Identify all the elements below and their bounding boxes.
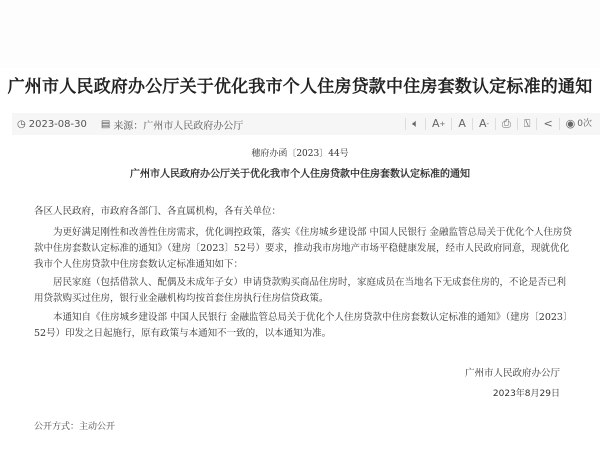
share-icon[interactable]: < bbox=[536, 118, 558, 130]
paragraph-3: 本通知自《住房城乡建设部 中国人民银行 金融监管总局关于优化个人住房贷款中住房套… bbox=[34, 310, 574, 342]
bookmark-icon[interactable]: ⍂ bbox=[517, 118, 537, 130]
clock-icon: ◷ bbox=[17, 119, 26, 130]
paragraph-2: 居民家庭（包括借款人、配偶及未成年子女）申请贷款购买商品住房时，家庭成员在当地名… bbox=[34, 275, 574, 307]
font-increase-icon[interactable]: A+ bbox=[425, 118, 451, 130]
salutation: 各区人民政府，市政府各部门、各直属机构，各有关单位： bbox=[34, 204, 574, 220]
document-icon: ▤ bbox=[101, 119, 110, 130]
source-label: 来源：广州市人民政府办公厅 bbox=[113, 117, 243, 132]
sign-date: 2023年8月29日 bbox=[493, 386, 560, 399]
font-default-icon[interactable]: A bbox=[451, 118, 472, 130]
page-title: 广州市人民政府办公厅关于优化我市个人住房贷款中住房套数认定标准的通知 bbox=[0, 72, 600, 97]
views-count: 0次 bbox=[577, 118, 592, 130]
font-decrease-icon[interactable]: A- bbox=[472, 118, 495, 130]
views-counter: ◉ 0次 bbox=[559, 118, 598, 130]
meta-toolbar: ◷ 2023-08-30 ▤ 来源：广州市人民政府办公厅 🔈︎ A+ A A- … bbox=[12, 113, 600, 135]
disclosure-method: 公开方式：主动公开 bbox=[34, 419, 115, 432]
publish-date: 2023-08-30 bbox=[29, 119, 87, 130]
paragraph-1: 为更好满足刚性和改善性住房需求，优化调控政策，落实《住房城乡建设部 中国人民银行… bbox=[34, 225, 574, 273]
signature: 广州市人民政府办公厅 bbox=[465, 365, 560, 379]
document-heading: 广州市人民政府办公厅关于优化我市个人住房贷款中住房套数认定标准的通知 bbox=[0, 165, 600, 180]
speaker-icon[interactable]: 🔈︎ bbox=[405, 118, 425, 130]
top-blank-area bbox=[0, 0, 600, 68]
eye-icon: ◉ bbox=[566, 118, 576, 130]
print-icon[interactable]: ⎙ bbox=[495, 118, 517, 130]
document-number: 穗府办函〔2023〕44号 bbox=[0, 146, 600, 159]
